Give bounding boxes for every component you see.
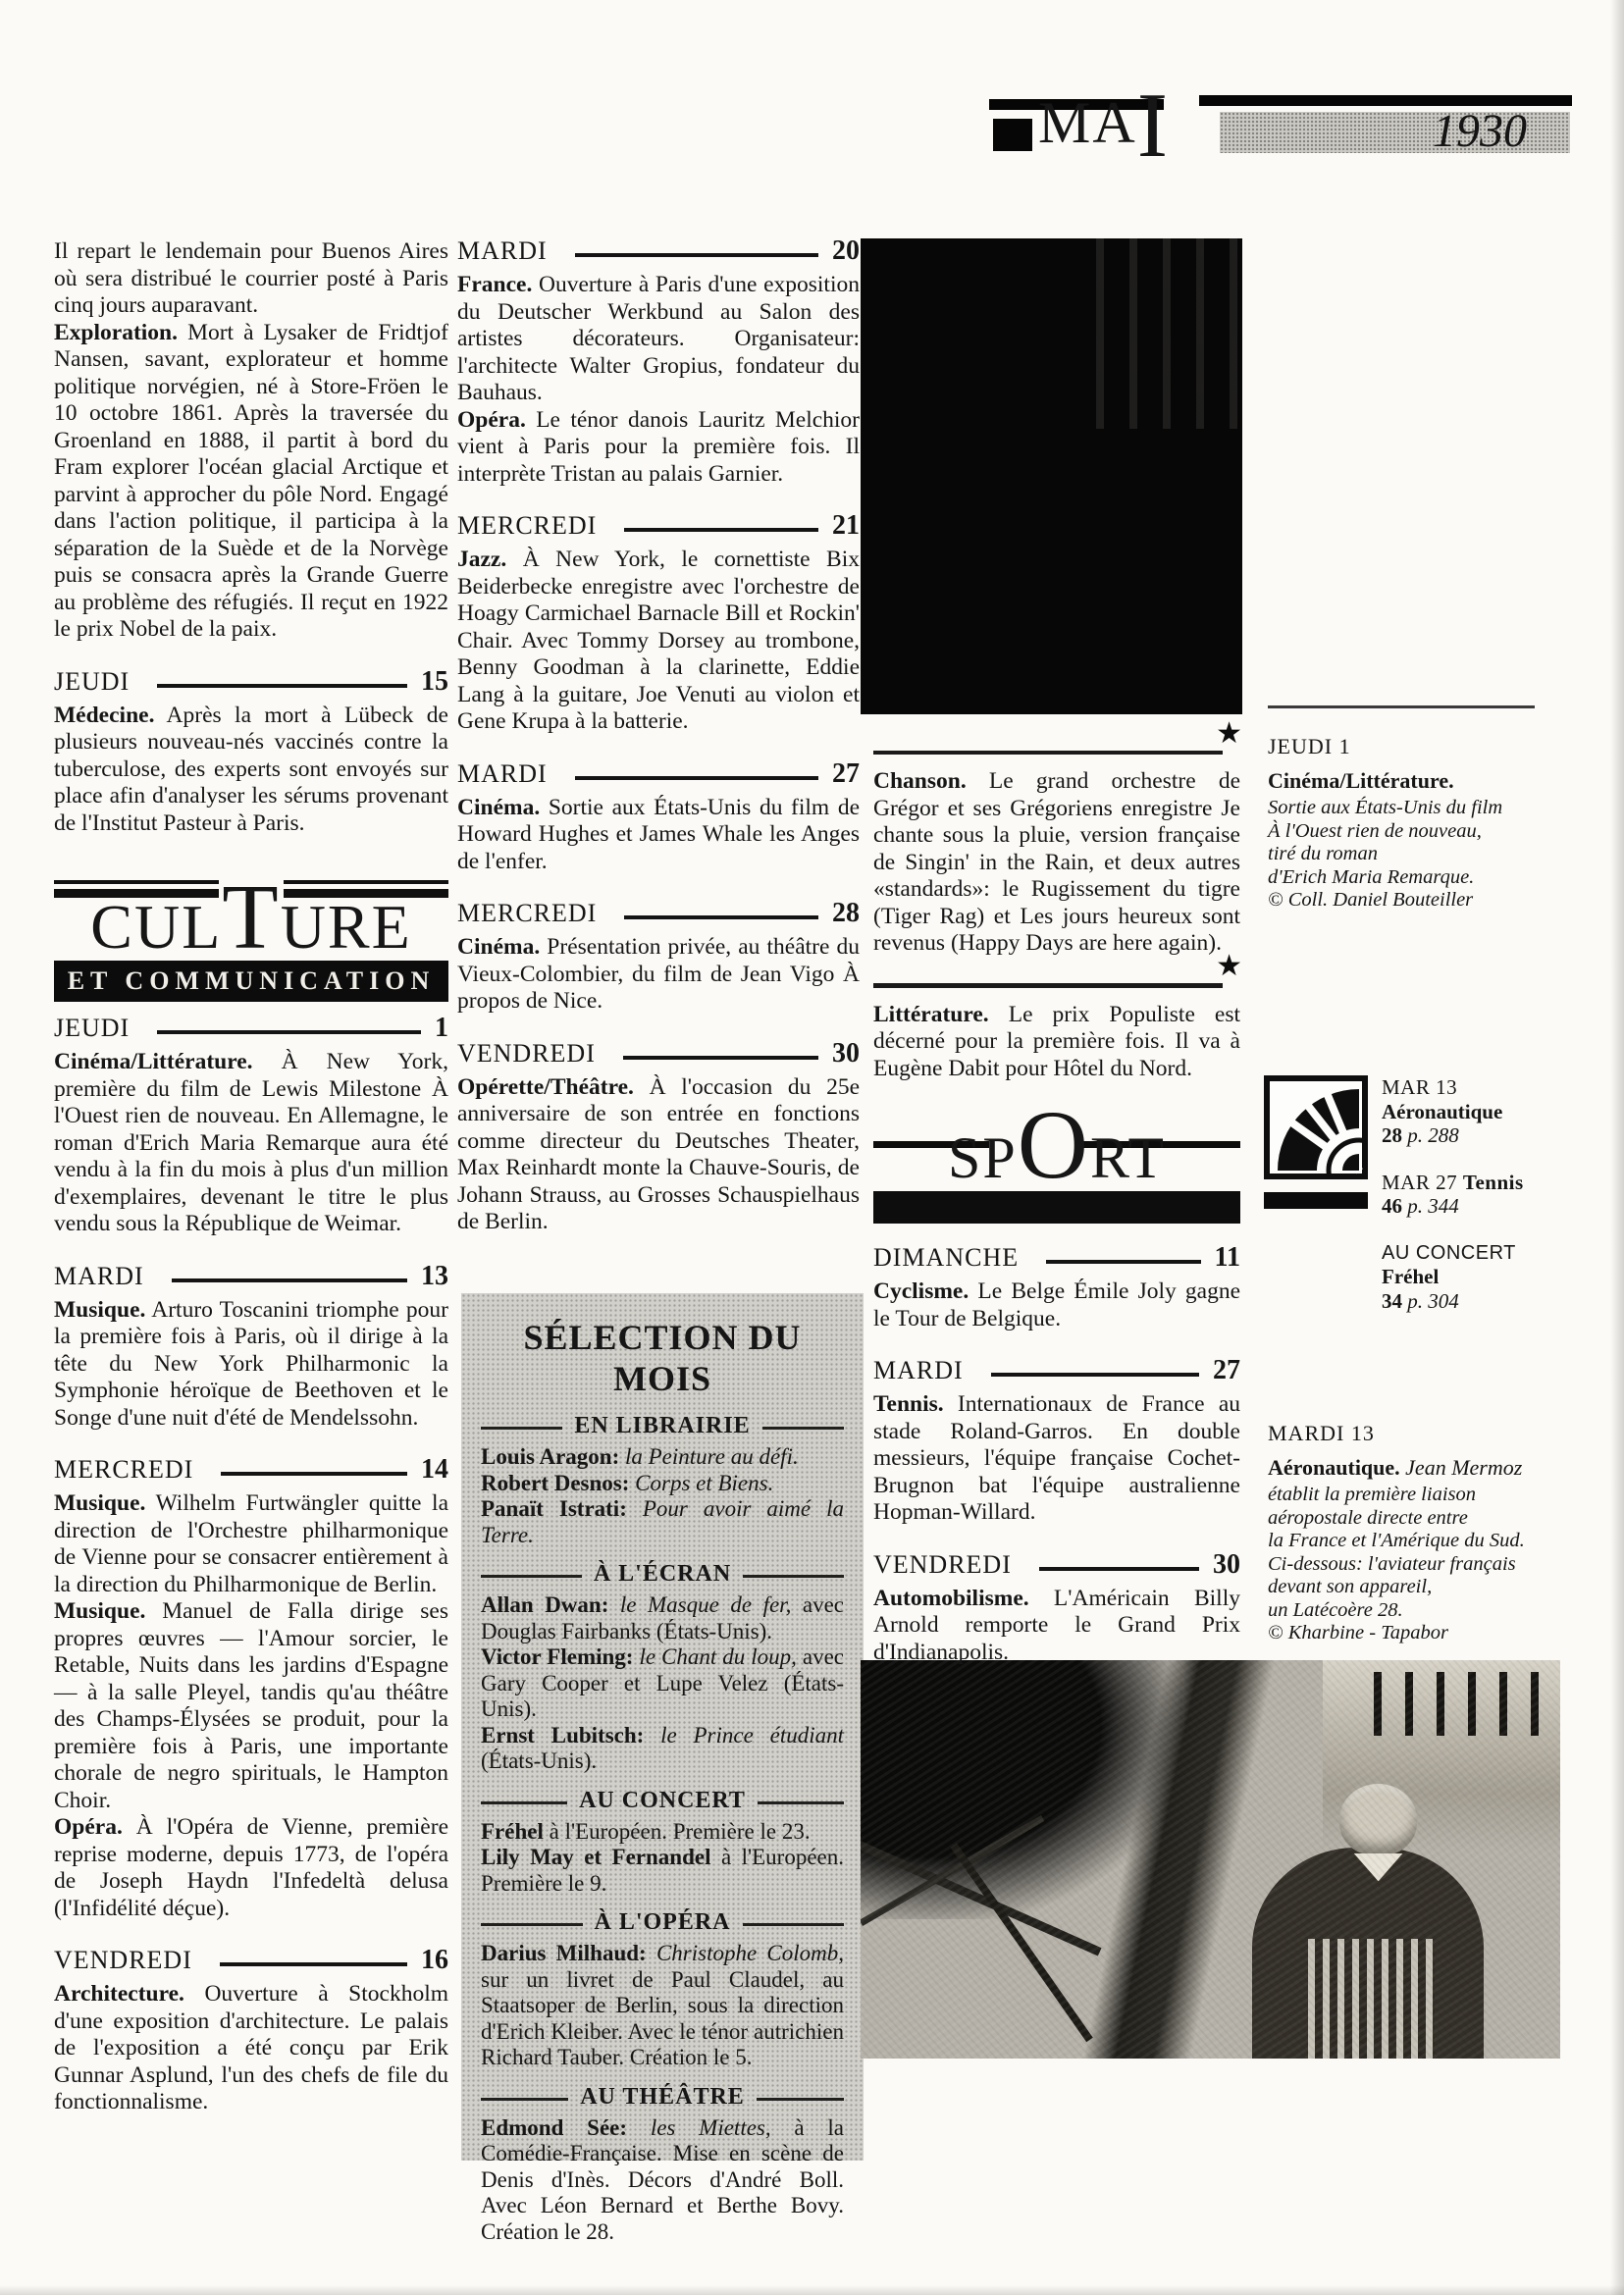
film-still-photo — [861, 238, 1242, 714]
reference-page: 28 p. 288 — [1382, 1123, 1615, 1148]
heading-label: À L'ÉCRAN — [594, 1561, 731, 1588]
caption-line: aéropostale directe entre — [1268, 1507, 1577, 1531]
selection-item: Edmond Sée: les Miettes, à la Comédie-Fr… — [481, 2115, 844, 2246]
page-scan-edge-right — [1610, 0, 1624, 2295]
heading-label: À L'OPÉRA — [595, 1909, 731, 1936]
selection-item: Victor Fleming: le Chant du loup, avec G… — [481, 1644, 844, 1723]
item-title: le Chant du loup, — [639, 1644, 796, 1669]
event-paragraph: Cinéma/Littérature. À New York, première… — [54, 1049, 448, 1238]
culture-section-header: CULTURE ET COMMUNICATION — [54, 870, 448, 1002]
heading-rule — [481, 1427, 562, 1430]
caption-category: Aéronautique. Jean Mermoz — [1268, 1455, 1577, 1481]
selection-section-heading: À L'OPÉRA — [481, 1909, 844, 1936]
day-heading: MERCREDI 21 — [457, 513, 860, 539]
event-paragraph: Médecine. Après la mort à Lübeck de plus… — [54, 703, 448, 838]
day-heading: MARDI 27 — [873, 1358, 1240, 1383]
photo-grain — [861, 1660, 1560, 2059]
day-label: JEUDI — [54, 669, 130, 695]
paragraph-text: Mort à Lysaker de Fridtjof Nansen, savan… — [54, 320, 448, 643]
year-badge: 1930 — [1220, 112, 1570, 153]
sport-banner-bar — [873, 1191, 1240, 1224]
event-paragraph: Opéra. À l'Opéra de Vienne, première rep… — [54, 1814, 448, 1922]
star-icon: ★ — [1216, 952, 1242, 981]
paragraph-lead: Automobilisme. — [873, 1586, 1029, 1611]
day-number: 21 — [832, 513, 860, 539]
day-label: DIMANCHE — [873, 1245, 1019, 1271]
item-name: Edmond Sée: — [481, 2115, 627, 2140]
intro-paragraph: Il repart le lendemain pour Buenos Aires… — [54, 238, 448, 320]
selection-section-heading: AU THÉÂTRE — [481, 2084, 844, 2111]
paragraph-lead: Musique. — [54, 1490, 145, 1516]
selection-item: Robert Desnos: Corps et Biens. — [481, 1471, 844, 1497]
month-title-i: I — [1137, 75, 1168, 177]
selection-item: Fréhel à l'Européen. Première le 23. — [481, 1819, 844, 1846]
selection-du-mois-box: SÉLECTION DU MOIS EN LIBRAIRIE Louis Ara… — [461, 1293, 864, 2161]
day-number: 16 — [421, 1948, 448, 1973]
item-name: Allan Dwan: — [481, 1592, 608, 1617]
heading-label: AU THÉÂTRE — [580, 2084, 745, 2111]
item-name: Victor Fleming: — [481, 1644, 633, 1669]
column-3: ★ Chanson. Le grand orchestre de Grégor … — [873, 734, 1240, 1666]
reference-date: MAR 13 — [1382, 1075, 1615, 1100]
caption-date: MARDI 13 — [1268, 1421, 1577, 1446]
heading-rule — [758, 1801, 844, 1804]
day-heading: MERCREDI 14 — [54, 1457, 448, 1483]
day-number: 13 — [421, 1264, 448, 1289]
item-title: Corps et Biens. — [635, 1471, 773, 1495]
event-paragraph: Musique. Wilhelm Furtwängler quitte la d… — [54, 1490, 448, 1598]
paragraph-lead: Cinéma/Littérature. — [54, 1049, 253, 1074]
day-label: MARDI — [457, 761, 548, 787]
day-label: MERCREDI — [457, 901, 597, 926]
day-rule — [220, 1962, 407, 1966]
item-name: Fréhel — [481, 1819, 544, 1844]
selection-section-heading: AU CONCERT — [481, 1788, 844, 1814]
page-scan-edge-bottom — [0, 2285, 1624, 2295]
day-heading: VENDREDI 30 — [873, 1552, 1240, 1578]
caption-line: Sortie aux États-Unis du film — [1268, 797, 1577, 820]
caption-credit: © Coll. Daniel Bouteiller — [1268, 889, 1577, 913]
day-rule — [575, 776, 818, 780]
paragraph-lead: Littérature. — [873, 1002, 989, 1027]
day-label: MERCREDI — [54, 1457, 193, 1483]
paragraph-lead: Cinéma. — [457, 795, 540, 820]
paragraph-lead: Tennis. — [873, 1391, 944, 1417]
day-number: 20 — [832, 238, 860, 264]
item-title: le Prince étudiant — [660, 1723, 844, 1747]
paragraph-lead: Exploration. — [54, 320, 178, 345]
culture-banner: ET COMMUNICATION — [54, 961, 448, 1002]
day-rule — [623, 1056, 818, 1060]
event-paragraph: Cinéma. Présentation privée, au théâtre … — [457, 934, 860, 1016]
event-paragraph: Musique. Manuel de Falla dirige ses prop… — [54, 1598, 448, 1814]
reference-item: MAR 27 Tennis 46 p. 344 — [1382, 1171, 1615, 1219]
day-label: VENDREDI — [457, 1041, 596, 1067]
month-marker-square — [993, 119, 1032, 151]
caption-line: devant son appareil, — [1268, 1576, 1577, 1599]
entry-mardi-27: MARDI 27 Cinéma. Sortie aux États-Unis d… — [457, 761, 860, 876]
paragraph-text: À New York, le cornettiste Bix Beiderbec… — [457, 547, 860, 734]
paragraph-lead: Opérette/Théâtre. — [457, 1074, 634, 1100]
day-rule — [1039, 1567, 1199, 1571]
day-number: 1 — [435, 1016, 448, 1041]
heading-label: EN LIBRAIRIE — [574, 1413, 750, 1439]
event-paragraph: Opéra. Le ténor danois Lauritz Melchior … — [457, 407, 860, 489]
day-label: MARDI — [457, 238, 548, 264]
reference-label: Tennis — [1463, 1171, 1524, 1194]
month-title-ma: MA — [1038, 90, 1137, 155]
item-name: Darius Milhaud: — [481, 1941, 647, 1965]
paragraph-lead: Opéra. — [54, 1814, 123, 1840]
selection-item: Louis Aragon: la Peinture au défi. — [481, 1444, 844, 1471]
selection-title: SÉLECTION DU MOIS — [481, 1317, 844, 1399]
aviator-photo — [861, 1660, 1560, 2059]
day-heading: JEUDI 15 — [54, 669, 448, 695]
caption-line: un Latécoère 28. — [1268, 1599, 1577, 1623]
day-heading: VENDREDI 16 — [54, 1948, 448, 1973]
heading-label: AU CONCERT — [579, 1788, 746, 1814]
caption-line: À l'Ouest rien de nouveau, — [1268, 820, 1577, 844]
page-references: MAR 13 Aéronautique 28 p. 288 MAR 27 Ten… — [1382, 1075, 1615, 1335]
paragraph-text: Le grand orchestre de Grégor et ses Grég… — [873, 768, 1240, 956]
item-title: Christophe Colomb, — [656, 1941, 844, 1965]
item-rest: sur un livret de Paul Claudel, au Staats… — [481, 1967, 844, 2070]
caption-category-label: Aéronautique. — [1268, 1455, 1400, 1480]
culture-title-t: T — [222, 866, 280, 968]
day-rule — [157, 1030, 421, 1034]
event-paragraph: Cyclisme. Le Belge Émile Joly gagne le T… — [873, 1278, 1240, 1332]
day-number: 28 — [832, 901, 860, 926]
reference-label: Aéronautique — [1382, 1100, 1615, 1124]
entry-mardi-20: MARDI 20 France. Ouverture à Paris d'une… — [457, 238, 860, 488]
caption-line: d'Erich Maria Remarque. — [1268, 866, 1577, 890]
caption-date: JEUDI 1 — [1268, 734, 1577, 759]
paragraph-lead: Cyclisme. — [873, 1278, 969, 1304]
paragraph-lead: Chanson. — [873, 768, 967, 794]
entry-vendredi-16: VENDREDI 16 Architecture. Ouverture à St… — [54, 1948, 448, 2116]
day-label: VENDREDI — [873, 1552, 1012, 1578]
icon-underline-bar — [1264, 1192, 1368, 1209]
event-paragraph: Opérette/Théâtre. À l'occasion du 25e an… — [457, 1074, 860, 1236]
sport-title-o: O — [1018, 1090, 1090, 1199]
item-name: Panaït Istrati: — [481, 1496, 627, 1521]
caption-credit: © Kharbine - Tapabor — [1268, 1622, 1577, 1645]
paragraph-lead: Opéra. — [457, 407, 526, 433]
heading-rule — [481, 1575, 582, 1578]
event-paragraph: Chanson. Le grand orchestre de Grégor et… — [873, 768, 1240, 958]
heading-rule — [762, 1427, 844, 1430]
selection-section-heading: EN LIBRAIRIE — [481, 1413, 844, 1439]
heading-rule — [743, 1575, 844, 1578]
event-paragraph: Tennis. Internationaux de France au stad… — [873, 1391, 1240, 1527]
day-heading: MARDI 13 — [54, 1264, 448, 1289]
reference-page-text: p. 288 — [1407, 1123, 1459, 1147]
entry-mercredi-28: MERCREDI 28 Cinéma. Présentation privée,… — [457, 901, 860, 1016]
reference-heading: AU CONCERT — [1382, 1241, 1615, 1266]
heading-rule — [743, 1923, 845, 1926]
entry-vendredi-30: VENDREDI 30 Opérette/Théâtre. À l'occasi… — [457, 1041, 860, 1236]
culture-title-post: URE — [281, 892, 412, 962]
fan-pages-icon — [1264, 1167, 1368, 1183]
event-paragraph: Cinéma. Sortie aux États-Unis du film de… — [457, 795, 860, 876]
selection-item: Darius Milhaud: Christophe Colomb, sur u… — [481, 1941, 844, 2071]
entry-dimanche-11: DIMANCHE 11 Cyclisme. Le Belge Émile Jol… — [873, 1245, 1240, 1332]
reference-page-text: p. 304 — [1407, 1289, 1459, 1313]
day-heading: MARDI 27 — [457, 761, 860, 787]
reference-item: MAR 13 Aéronautique 28 p. 288 — [1382, 1075, 1615, 1148]
day-number: 15 — [421, 669, 448, 695]
item-name: Robert Desnos: — [481, 1471, 629, 1495]
entry-mardi-27-sport: MARDI 27 Tennis. Internationaux de Franc… — [873, 1358, 1240, 1527]
day-heading: MARDI 20 — [457, 238, 860, 264]
item-title: le Masque de fer, — [620, 1592, 791, 1617]
entry-jeudi-1: JEUDI 1 Cinéma/Littérature. À New York, … — [54, 1016, 448, 1238]
selection-item: Ernst Lubitsch: le Prince étudiant (État… — [481, 1723, 844, 1775]
entry-mercredi-21: MERCREDI 21 Jazz. À New York, le cornett… — [457, 513, 860, 736]
heading-rule — [757, 2098, 844, 2101]
sport-title-rt: RT — [1090, 1125, 1166, 1190]
day-label: MERCREDI — [457, 513, 597, 539]
selection-section-heading: À L'ÉCRAN — [481, 1561, 844, 1588]
item-name: Lily May et Fernandel — [481, 1845, 710, 1869]
day-label: MARDI — [54, 1264, 144, 1289]
sport-title: SPORT — [873, 1104, 1240, 1199]
entry-mardi-13: MARDI 13 Musique. Arturo Toscanini triom… — [54, 1264, 448, 1433]
event-paragraph: France. Ouverture à Paris d'une expositi… — [457, 272, 860, 407]
sport-section-header: SPORT — [873, 1112, 1240, 1224]
star-icon: ★ — [1216, 719, 1242, 749]
selection-item: Panaït Istrati: Pour avoir aimé la Terre… — [481, 1496, 844, 1548]
day-label: VENDREDI — [54, 1948, 192, 1973]
day-rule — [1046, 1260, 1200, 1264]
day-label: MARDI — [873, 1358, 964, 1383]
photo-texture — [1071, 238, 1242, 429]
day-number: 27 — [1213, 1358, 1240, 1383]
reference-number: 34 — [1382, 1289, 1402, 1313]
selection-item: Allan Dwan: le Masque de fer, avec Dougl… — [481, 1592, 844, 1644]
culture-title: CULTURE — [54, 886, 448, 959]
paragraph-lead: France. — [457, 272, 532, 297]
item-rest: (États-Unis). — [481, 1748, 597, 1773]
day-label: JEUDI — [54, 1016, 130, 1041]
paragraph-lead: Jazz. — [457, 547, 506, 572]
entry-jeudi-15: JEUDI 15 Médecine. Après la mort à Lübec… — [54, 669, 448, 838]
day-heading: JEUDI 1 — [54, 1016, 448, 1041]
cross-reference-block — [1264, 1075, 1368, 1209]
day-rule — [172, 1278, 407, 1282]
day-number: 11 — [1215, 1245, 1240, 1271]
paragraph-text: À New York, première du film de Lewis Mi… — [54, 1049, 448, 1236]
caption-line: la France et l'Amérique du Sud. — [1268, 1530, 1577, 1553]
sport-title-sp: SP — [948, 1125, 1018, 1190]
event-paragraph: Jazz. À New York, le cornettiste Bix Bei… — [457, 547, 860, 736]
event-paragraph: Architecture. Ouverture à Stockholm d'un… — [54, 1981, 448, 2116]
photo-caption-top: JEUDI 1 Cinéma/Littérature. Sortie aux É… — [1268, 734, 1577, 913]
culture-title-pre: CUL — [90, 892, 222, 962]
day-rule — [991, 1373, 1199, 1377]
caption-category-tail: Jean Mermoz — [1405, 1455, 1522, 1480]
item-title: les Miettes, — [651, 2115, 771, 2140]
selection-item: Lily May et Fernandel à l'Européen. Prem… — [481, 1845, 844, 1897]
paragraph-lead: Médecine. — [54, 703, 154, 728]
event-paragraph: Automobilisme. L'Américain Billy Arnold … — [873, 1586, 1240, 1667]
day-number: 14 — [421, 1457, 448, 1483]
reference-label: Fréhel — [1382, 1265, 1615, 1289]
day-rule — [624, 528, 818, 532]
reference-item: AU CONCERT Fréhel 34 p. 304 — [1382, 1241, 1615, 1314]
caption-line: tiré du roman — [1268, 843, 1577, 866]
day-heading: MERCREDI 28 — [457, 901, 860, 926]
day-rule — [221, 1472, 407, 1476]
reference-date: MAR 27 Tennis — [1382, 1171, 1615, 1195]
exploration-paragraph: Exploration. Mort à Lysaker de Fridtjof … — [54, 320, 448, 644]
sidebar-rule — [1268, 705, 1535, 708]
day-number: 30 — [832, 1041, 860, 1067]
column-1: Il repart le lendemain pour Buenos Aires… — [54, 238, 448, 2116]
paragraph-text: Manuel de Falla dirige ses propres œuvre… — [54, 1598, 448, 1813]
caption-line: établit la première liaison — [1268, 1484, 1577, 1507]
entry-mercredi-14: MERCREDI 14 Musique. Wilhelm Furtwängler… — [54, 1457, 448, 1922]
day-heading: VENDREDI 30 — [457, 1041, 860, 1067]
paragraph-lead: Musique. — [54, 1598, 145, 1624]
caption-line: Ci-dessous: l'aviateur français — [1268, 1553, 1577, 1577]
heading-rule — [481, 1923, 583, 1926]
day-number: 27 — [832, 761, 860, 787]
photo-caption-bottom: MARDI 13 Aéronautique. Jean Mermoz établ… — [1268, 1421, 1577, 1645]
event-paragraph: Musique. Arturo Toscanini triomphe pour … — [54, 1297, 448, 1433]
star-rule: ★ — [873, 751, 1223, 755]
day-number: 30 — [1213, 1552, 1240, 1578]
caption-category: Cinéma/Littérature. — [1268, 768, 1577, 794]
day-heading: DIMANCHE 11 — [873, 1245, 1240, 1271]
item-name: Ernst Lubitsch: — [481, 1723, 644, 1747]
page: { "header": { "month_ma": "MA", "month_i… — [0, 0, 1624, 2295]
entry-vendredi-30-sport: VENDREDI 30 Automobilisme. L'Américain B… — [873, 1552, 1240, 1667]
reference-date-text: MAR 27 — [1382, 1171, 1457, 1194]
day-rule — [575, 253, 818, 257]
month-title: MAI — [1038, 92, 1168, 153]
star-rule: ★ — [873, 983, 1223, 988]
reference-page-text: p. 344 — [1407, 1194, 1459, 1218]
heading-rule — [481, 2098, 568, 2101]
paragraph-lead: Cinéma. — [457, 934, 540, 960]
reference-page: 34 p. 304 — [1382, 1289, 1615, 1314]
reference-number: 46 — [1382, 1194, 1402, 1218]
paragraph-lead: Architecture. — [54, 1981, 184, 2007]
reference-number: 28 — [1382, 1123, 1402, 1147]
item-rest: à l'Européen. Première le 23. — [550, 1819, 811, 1844]
paragraph-lead: Musique. — [54, 1297, 145, 1323]
heading-rule — [481, 1801, 567, 1804]
item-name: Louis Aragon: — [481, 1444, 619, 1469]
event-paragraph: Littérature. Le prix Populiste est décer… — [873, 1002, 1240, 1083]
day-rule — [157, 684, 407, 688]
day-rule — [624, 915, 818, 919]
column-2: MARDI 20 France. Ouverture à Paris d'une… — [457, 238, 860, 1236]
reference-page: 46 p. 344 — [1382, 1194, 1615, 1219]
item-title: la Peinture au défi. — [625, 1444, 799, 1469]
